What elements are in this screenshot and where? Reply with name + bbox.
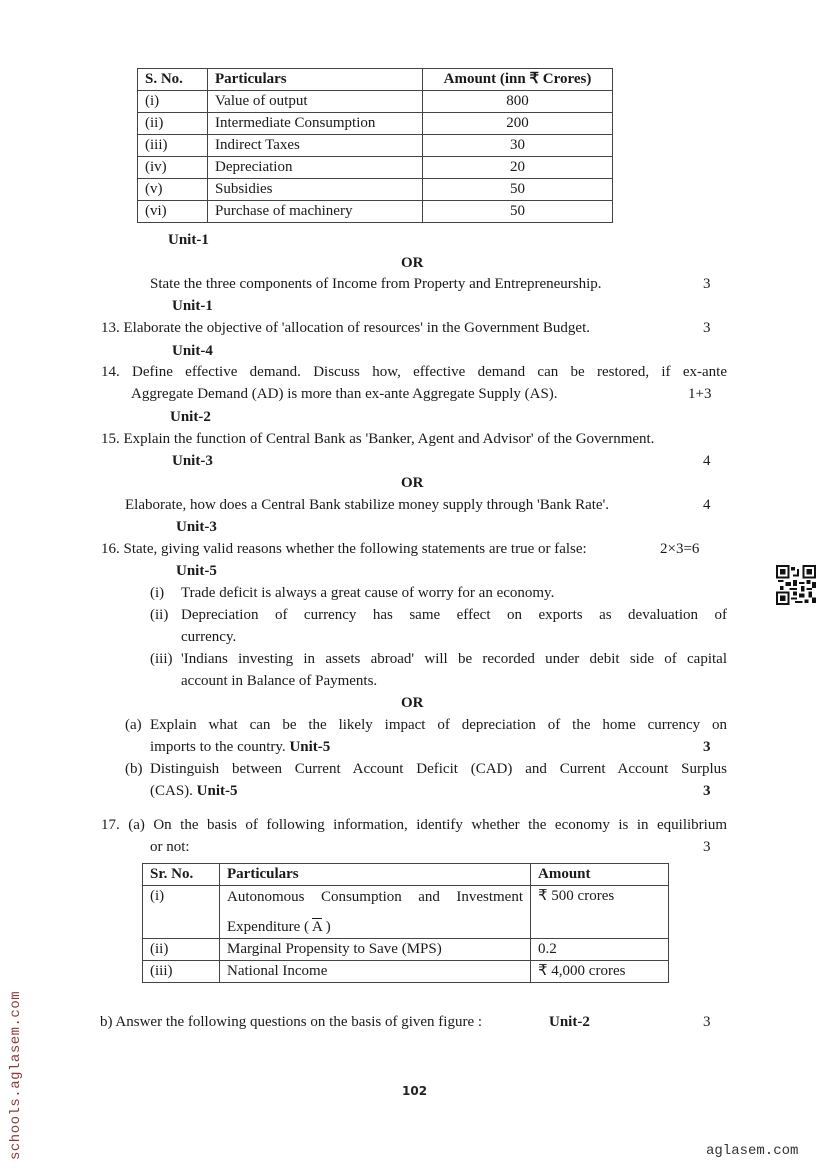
unit-label: Unit-2 xyxy=(549,1013,590,1031)
cell-amount: ₹ 4,000 crores xyxy=(531,961,669,983)
question-14-line1: 14. Define effective demand. Discuss how… xyxy=(101,363,727,381)
cell-particulars: Subsidies xyxy=(208,179,423,201)
statement-number: (iii) xyxy=(150,650,173,668)
unit-label: Unit-3 xyxy=(176,518,217,536)
alt-a-text-cont: imports to the country. Unit-5 xyxy=(150,738,330,756)
cell-particulars: Indirect Taxes xyxy=(208,135,423,157)
cell-sno: (ii) xyxy=(138,113,208,135)
cell-particulars: Marginal Propensity to Save (MPS) xyxy=(220,939,531,961)
header-srno: Sr. No. xyxy=(143,864,220,886)
cell-sno: (i) xyxy=(138,91,208,113)
question-13-marks: 3 xyxy=(703,319,711,337)
table-row: (iii)National Income₹ 4,000 crores xyxy=(143,961,669,983)
cell-particulars: National Income xyxy=(220,961,531,983)
question-15-alt-marks: 4 xyxy=(703,496,711,514)
or-separator: OR xyxy=(401,254,424,272)
cell-amount: 50 xyxy=(423,201,613,223)
statement-text: Depreciation of currency has same effect… xyxy=(181,606,727,624)
table-row: (iv)Depreciation20 xyxy=(138,157,613,179)
question-15-text: 15. Explain the function of Central Bank… xyxy=(101,430,654,448)
cell-sno: (iii) xyxy=(138,135,208,157)
alt-b-marks: 3 xyxy=(703,782,711,800)
alt-b-text-cont: (CAS). Unit-5 xyxy=(150,782,238,800)
question-17a-line2: or not: xyxy=(150,838,190,856)
cell-srno: (i) xyxy=(143,886,220,939)
question-16-text: 16. State, giving valid reasons whether … xyxy=(101,540,587,558)
question-17b-marks: 3 xyxy=(703,1013,711,1031)
statement-number: (i) xyxy=(150,584,164,602)
question-17b-text: b) Answer the following questions on the… xyxy=(100,1013,482,1031)
statement-number: (ii) xyxy=(150,606,168,624)
unit-label: Unit-5 xyxy=(197,783,238,799)
table-header-row: Sr. No. Particulars Amount xyxy=(143,864,669,886)
cell-particulars: Depreciation xyxy=(208,157,423,179)
alt-b-number: (b) xyxy=(125,760,143,778)
qr-code-icon xyxy=(776,565,816,605)
statement-text-cont: currency. xyxy=(181,628,236,646)
cell-particulars: Purchase of machinery xyxy=(208,201,423,223)
cell-sno: (vi) xyxy=(138,201,208,223)
table-row: (v)Subsidies50 xyxy=(138,179,613,201)
page-number: 102 xyxy=(402,1084,427,1098)
table-row: (ii)Marginal Propensity to Save (MPS)0.2 xyxy=(143,939,669,961)
statement-text: Trade deficit is always a great cause of… xyxy=(181,584,554,602)
table-row: (i)Value of output800 xyxy=(138,91,613,113)
question-14-marks: 1+3 xyxy=(688,385,711,403)
question-17a-line1: 17. (a) On the basis of following inform… xyxy=(101,816,727,834)
unit-label: Unit-5 xyxy=(176,562,217,580)
question-17a-marks: 3 xyxy=(703,838,711,856)
or-separator: OR xyxy=(401,474,424,492)
cell-sno: (iv) xyxy=(138,157,208,179)
question-12-alt-marks: 3 xyxy=(703,275,711,293)
cell-amount: 20 xyxy=(423,157,613,179)
watermark-side: schools.aglasem.com xyxy=(8,991,24,1160)
cell-amount: 200 xyxy=(423,113,613,135)
particulars-line1: Autonomous Consumption and Investment xyxy=(227,886,523,908)
unit-label: Unit-3 xyxy=(172,452,213,470)
cell-srno: (ii) xyxy=(143,939,220,961)
statement-text-cont: account in Balance of Payments. xyxy=(181,672,377,690)
cell-particulars: Intermediate Consumption xyxy=(208,113,423,135)
unit-label: Unit-2 xyxy=(170,408,211,426)
cell-amount: 50 xyxy=(423,179,613,201)
or-separator: OR xyxy=(401,694,424,712)
header-amount: Amount (inn ₹ Crores) xyxy=(423,69,613,91)
question-15-alt-text: Elaborate, how does a Central Bank stabi… xyxy=(125,496,609,514)
alt-a-marks: 3 xyxy=(703,738,711,756)
alt-a-text: Explain what can be the likely impact of… xyxy=(150,716,727,734)
cell-amount: 0.2 xyxy=(531,939,669,961)
header-particulars: Particulars xyxy=(208,69,423,91)
question-15-marks: 4 xyxy=(703,452,711,470)
unit-label: Unit-5 xyxy=(289,739,330,755)
header-sno: S. No. xyxy=(138,69,208,91)
table-row: (iii)Indirect Taxes30 xyxy=(138,135,613,157)
table-header-row: S. No. Particulars Amount (inn ₹ Crores) xyxy=(138,69,613,91)
equilibrium-table: Sr. No. Particulars Amount (i) Autonomou… xyxy=(142,863,669,983)
cell-amount: ₹ 500 crores xyxy=(531,886,669,939)
cell-sno: (v) xyxy=(138,179,208,201)
header-particulars: Particulars xyxy=(220,864,531,886)
unit-label: Unit-4 xyxy=(172,342,213,360)
table-row: (i) Autonomous Consumption and Investmen… xyxy=(143,886,669,939)
particulars-line2: Expenditure ( A ) xyxy=(227,916,523,938)
a-bar-symbol: A xyxy=(312,919,322,935)
statement-text: 'Indians investing in assets abroad' wil… xyxy=(181,650,727,668)
table-row: (ii)Intermediate Consumption200 xyxy=(138,113,613,135)
unit-label: Unit-1 xyxy=(172,297,213,315)
watermark-bottom: aglasem.com xyxy=(706,1143,798,1159)
cell-particulars: Autonomous Consumption and Investment Ex… xyxy=(220,886,531,939)
header-amount: Amount xyxy=(531,864,669,886)
national-income-table: S. No. Particulars Amount (inn ₹ Crores)… xyxy=(137,68,613,223)
close-paren: ) xyxy=(322,919,331,935)
cell-srno: (iii) xyxy=(143,961,220,983)
cell-particulars: Value of output xyxy=(208,91,423,113)
question-16-marks: 2×3=6 xyxy=(660,540,699,558)
expenditure-label: Expenditure ( xyxy=(227,919,312,935)
question-12-alt-text: State the three components of Income fro… xyxy=(150,275,602,293)
cell-amount: 30 xyxy=(423,135,613,157)
alt-b-line2: (CAS). xyxy=(150,783,193,799)
unit-label: Unit-1 xyxy=(168,231,209,249)
alt-b-text: Distinguish between Current Account Defi… xyxy=(150,760,727,778)
alt-a-line2: imports to the country. xyxy=(150,739,286,755)
question-14-line2: Aggregate Demand (AD) is more than ex-an… xyxy=(131,385,558,403)
question-13-text: 13. Elaborate the objective of 'allocati… xyxy=(101,319,590,337)
alt-a-number: (a) xyxy=(125,716,142,734)
cell-amount: 800 xyxy=(423,91,613,113)
table-row: (vi)Purchase of machinery50 xyxy=(138,201,613,223)
